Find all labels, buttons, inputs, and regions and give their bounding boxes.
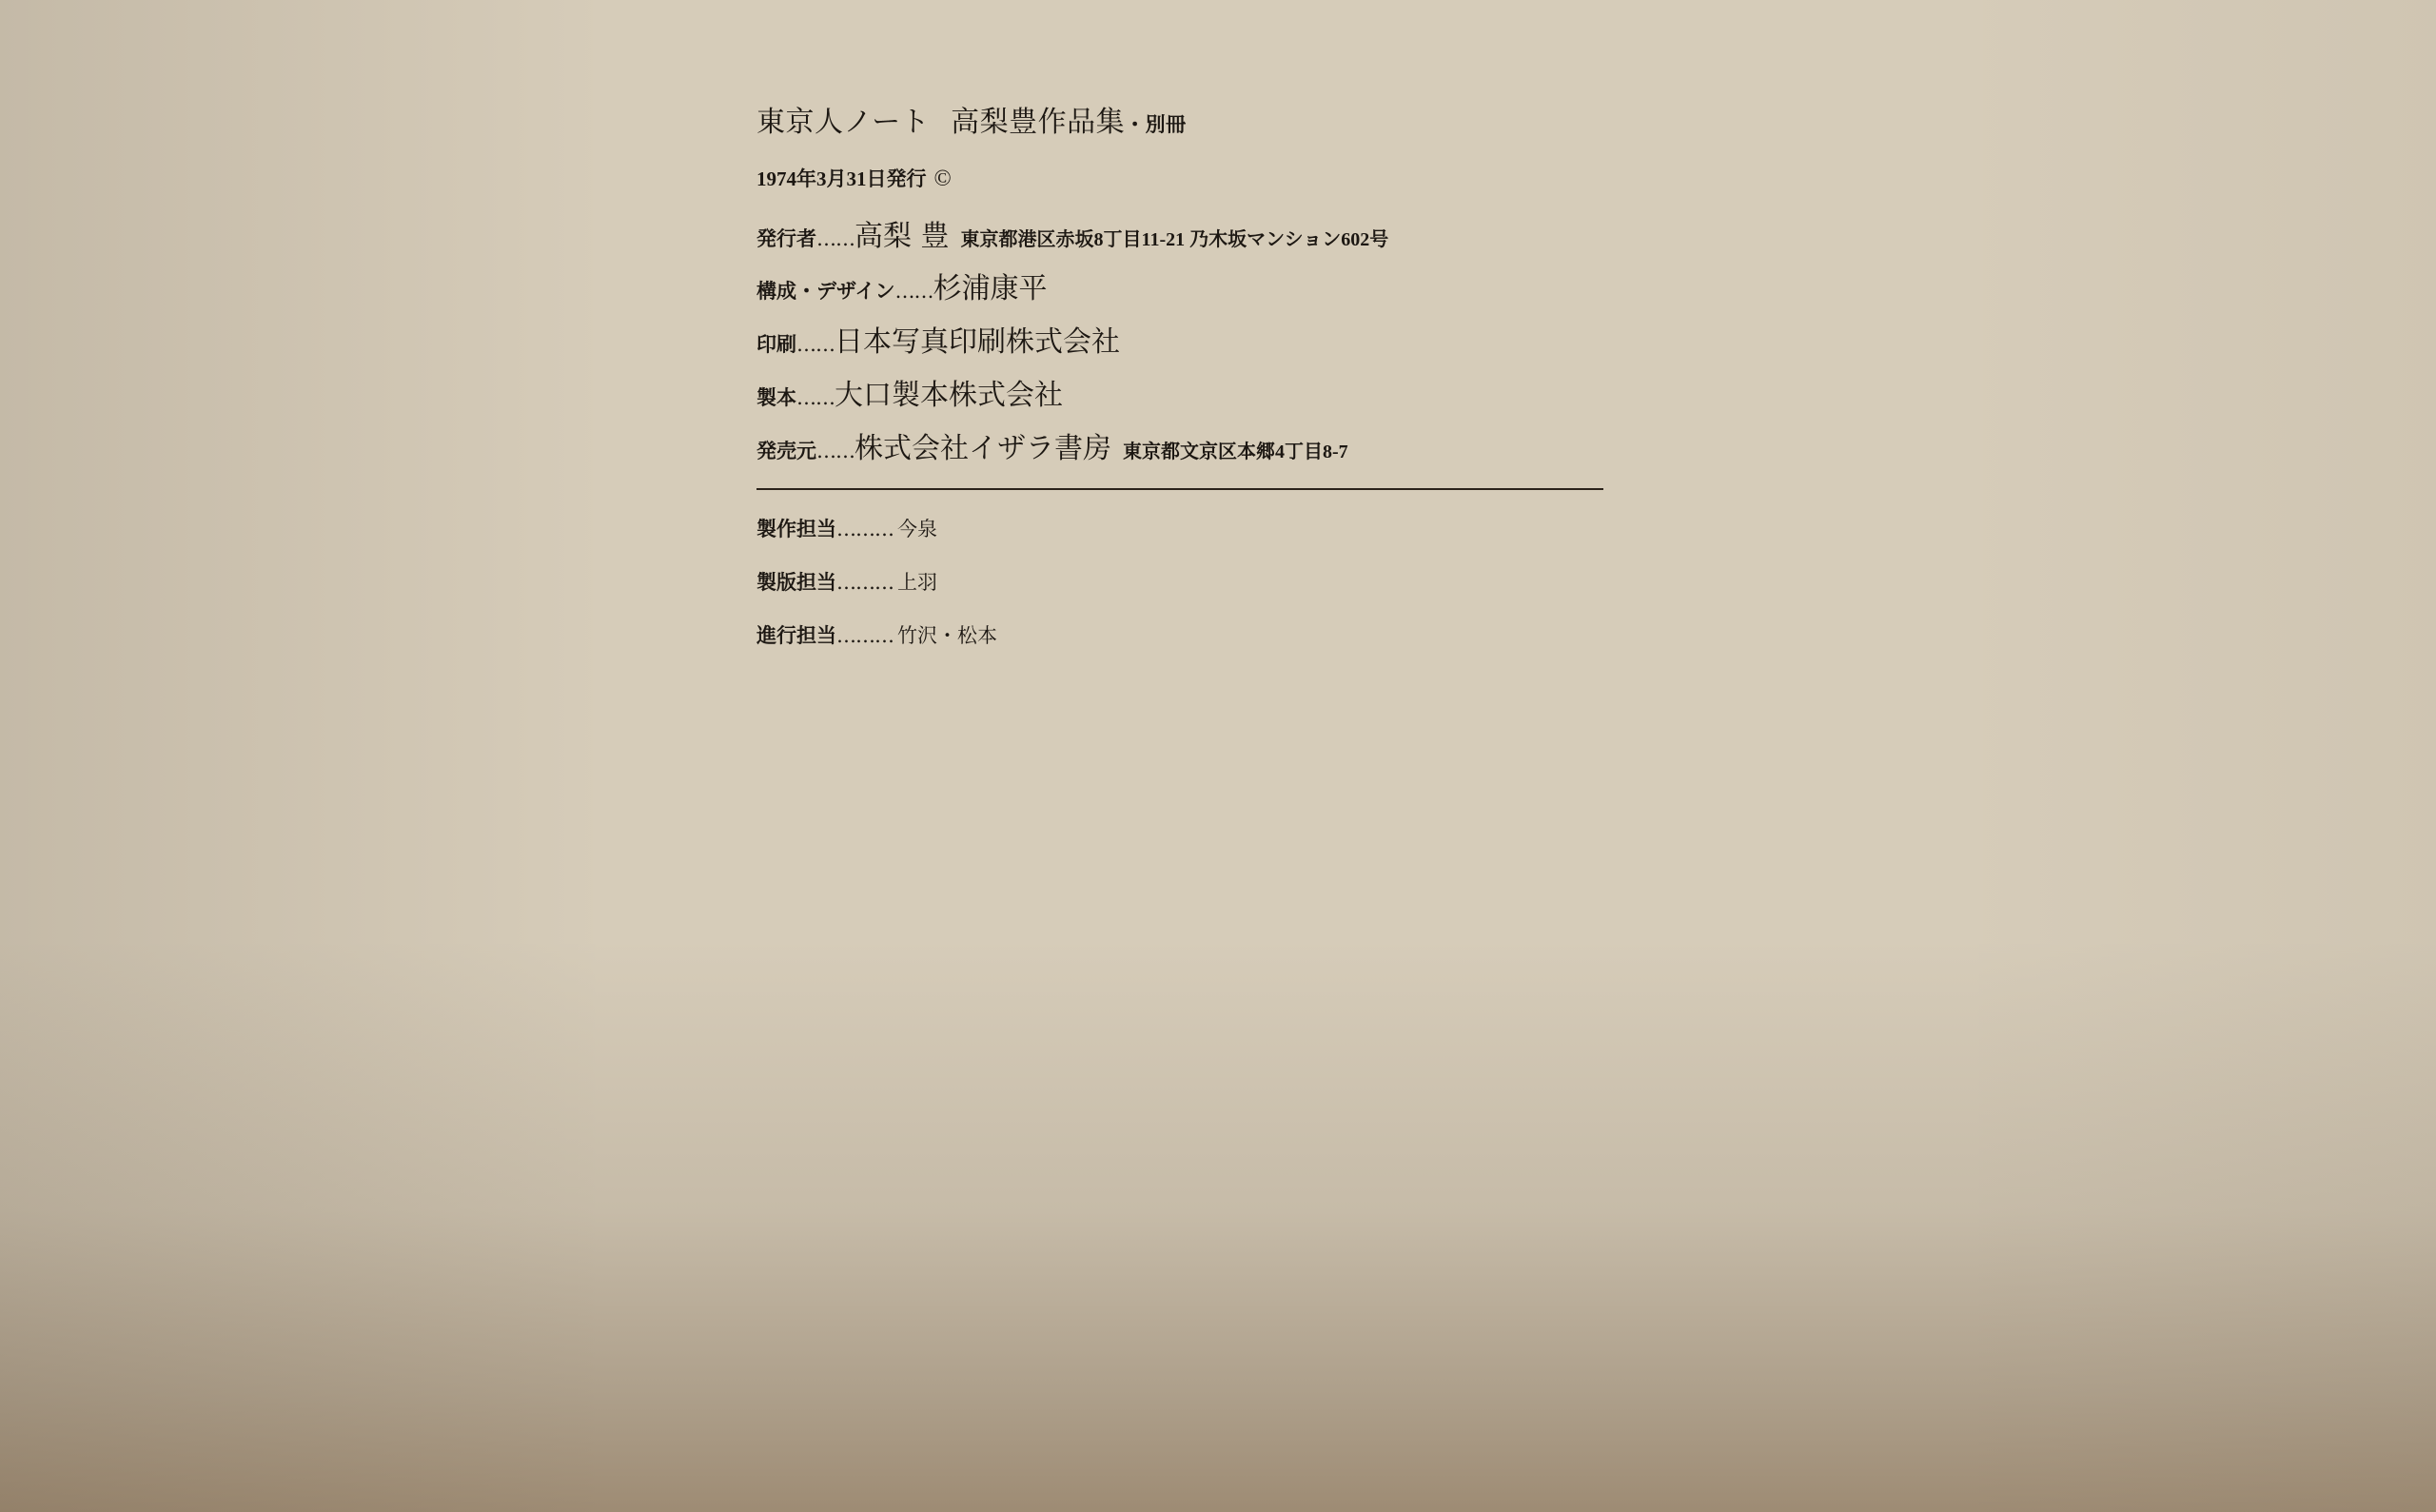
credit-binding: 製本……大口製本株式会社 [756, 382, 1063, 410]
leader-dots: ……… [836, 624, 894, 647]
credit-value: 大口製本株式会社 [835, 379, 1063, 412]
staff-label: 製版担当 [756, 570, 836, 594]
staff-label: 進行担当 [756, 623, 836, 647]
credit-distributor: 発売元……株式会社イザラ書房東京都文京区本郷4丁目8-7 [756, 435, 1348, 463]
credit-label: 製本 [756, 385, 796, 409]
work-title: 高梨豊作品集 [951, 106, 1125, 139]
staff-label: 製作担当 [756, 517, 836, 540]
supplement-label: ・別冊 [1125, 112, 1187, 136]
staff-value: 上羽 [897, 571, 937, 594]
series-title: 東京人ノート [756, 106, 930, 139]
staff-progress: 進行担当………竹沢・松本 [756, 625, 997, 646]
credit-address: 東京都港区赤坂8丁目11-21 乃木坂マンション602号 [961, 229, 1389, 250]
credit-label: 発行者 [756, 226, 816, 250]
leader-dots: …… [796, 386, 835, 409]
credit-label: 印刷 [756, 332, 796, 356]
staff-platemaking: 製版担当………上羽 [756, 572, 937, 593]
leader-dots: …… [895, 280, 933, 303]
leader-dots: …… [816, 227, 855, 250]
credit-label: 構成・デザイン [756, 279, 895, 303]
leader-dots: …… [816, 440, 855, 462]
credit-printing: 印刷……日本写真印刷株式会社 [756, 328, 1120, 357]
credit-value: 株式会社イザラ書房 [855, 432, 1111, 465]
colophon-page: 東京人ノート高梨豊作品集・別冊 1974年3月31日発行© 発行者……高梨 豊東… [0, 0, 2436, 1512]
copyright-icon: © [934, 167, 952, 191]
credit-value: 杉浦康平 [933, 272, 1048, 305]
book-title: 東京人ノート高梨豊作品集・別冊 [756, 108, 1187, 137]
divider-rule [756, 488, 1603, 490]
leader-dots: ……… [836, 518, 894, 540]
publication-date: 1974年3月31日発行© [756, 167, 952, 190]
credit-design: 構成・デザイン……杉浦康平 [756, 275, 1048, 304]
credit-label: 発売元 [756, 439, 816, 462]
credit-value: 日本写真印刷株式会社 [835, 325, 1120, 359]
leader-dots: ……… [836, 571, 894, 594]
credit-address: 東京都文京区本郷4丁目8-7 [1123, 442, 1348, 462]
date-text: 1974年3月31日発行 [756, 167, 927, 190]
leader-dots: …… [796, 333, 835, 356]
staff-production: 製作担当………今泉 [756, 519, 937, 540]
credit-value: 高梨 豊 [855, 220, 950, 253]
staff-value: 今泉 [897, 518, 937, 540]
credit-publisher: 発行者……高梨 豊東京都港区赤坂8丁目11-21 乃木坂マンション602号 [756, 223, 1388, 251]
staff-value: 竹沢・松本 [897, 624, 997, 647]
